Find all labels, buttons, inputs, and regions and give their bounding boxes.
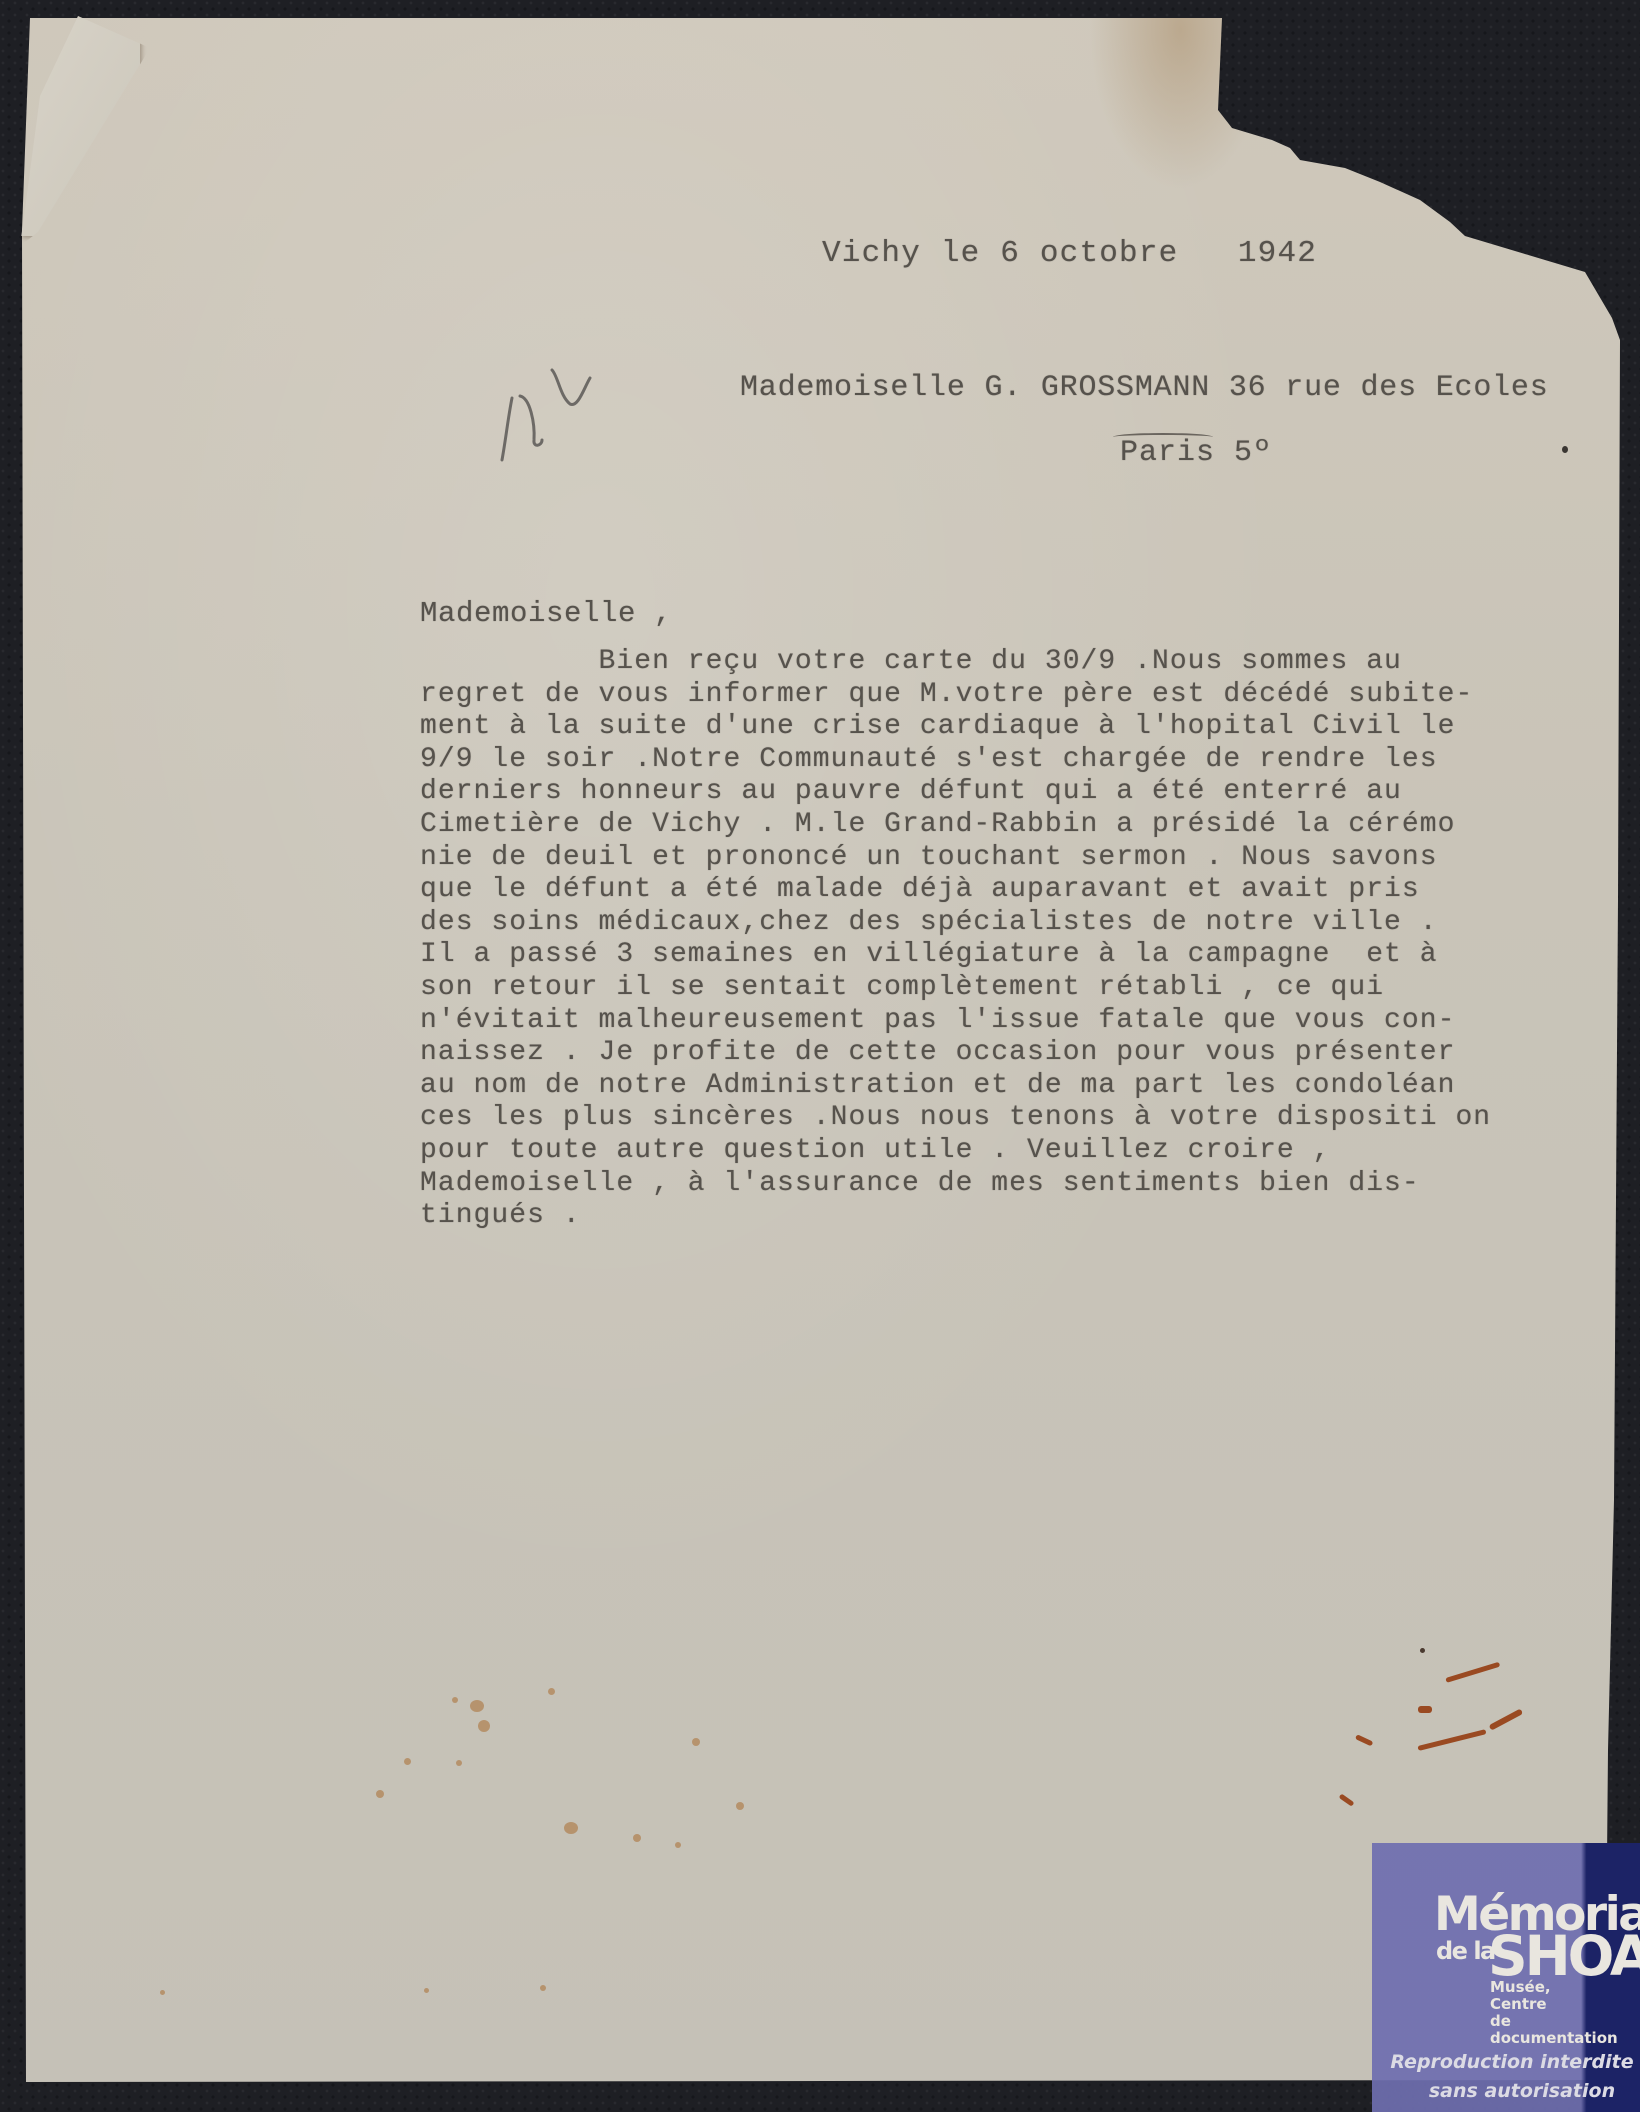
watermark-subtitle-line: Musée, <box>1490 1979 1640 1996</box>
body-line: ment à la suite d'une crise cardiaque à … <box>420 711 1620 744</box>
recipient-address: Mademoiselle G. GROSSMANN 36 rue des Eco… <box>740 372 1549 404</box>
body-line: n'évitait malheureusement pas l'issue fa… <box>420 1005 1620 1038</box>
body-line: naissez . Je profite de cette occasion p… <box>420 1037 1620 1070</box>
body-line: Il a passé 3 semaines en villégiature à … <box>420 939 1620 972</box>
watermark-subtitle-line: Centre <box>1490 1996 1640 2013</box>
body-line: tingués . <box>420 1200 1620 1233</box>
watermark-notice-line2: sans autorisation <box>1388 2080 1640 2102</box>
ink-dot <box>1562 446 1568 453</box>
body-line: Bien reçu votre carte du 30/9 .Nous somm… <box>420 646 1620 679</box>
body-line: nie de deuil et prononcé un touchant ser… <box>420 842 1620 875</box>
body-line: au nom de notre Administration et de ma … <box>420 1070 1620 1103</box>
watermark-dela: de la <box>1436 1937 1495 1965</box>
watermark-shoah: SHOAH <box>1488 1931 1640 1981</box>
body-line: Cimetière de Vichy . M.le Grand-Rabbin a… <box>420 809 1620 842</box>
body-line: derniers honneurs au pauvre défunt qui a… <box>420 776 1620 809</box>
body-line: ces les plus sincères .Nous nous tenons … <box>420 1102 1620 1135</box>
body-line: pour toute autre question utile . Veuill… <box>420 1135 1620 1168</box>
body-line: 9/9 le soir .Notre Communauté s'est char… <box>420 744 1620 777</box>
letter-date: Vichy le 6 octobre 1942 <box>822 238 1317 270</box>
watermark-subtitle-line: de documentation <box>1490 2013 1640 2047</box>
recipient-city: Paris 5º <box>1120 437 1272 469</box>
salutation: Mademoiselle , <box>420 598 672 630</box>
body-line: des soins médicaux,chez des spécialistes… <box>420 907 1620 940</box>
memorial-shoah-watermark: Mémorial de la SHOAH Musée, Centre de do… <box>1372 1843 1640 2112</box>
body-line: son retour il se sentait complètement ré… <box>420 972 1620 1005</box>
handwritten-annotation <box>490 368 600 468</box>
body-line: Mademoiselle , à l'assurance de mes sent… <box>420 1168 1620 1201</box>
letter-body: Bien reçu votre carte du 30/9 .Nous somm… <box>420 646 1620 1233</box>
body-line: que le défunt a été malade déjà auparava… <box>420 874 1620 907</box>
watermark-subtitle: Musée, Centre de documentation <box>1490 1979 1640 2047</box>
body-line: regret de vous informer que M.votre père… <box>420 679 1620 712</box>
watermark-notice-line1: Reproduction interdite <box>1378 2051 1640 2073</box>
